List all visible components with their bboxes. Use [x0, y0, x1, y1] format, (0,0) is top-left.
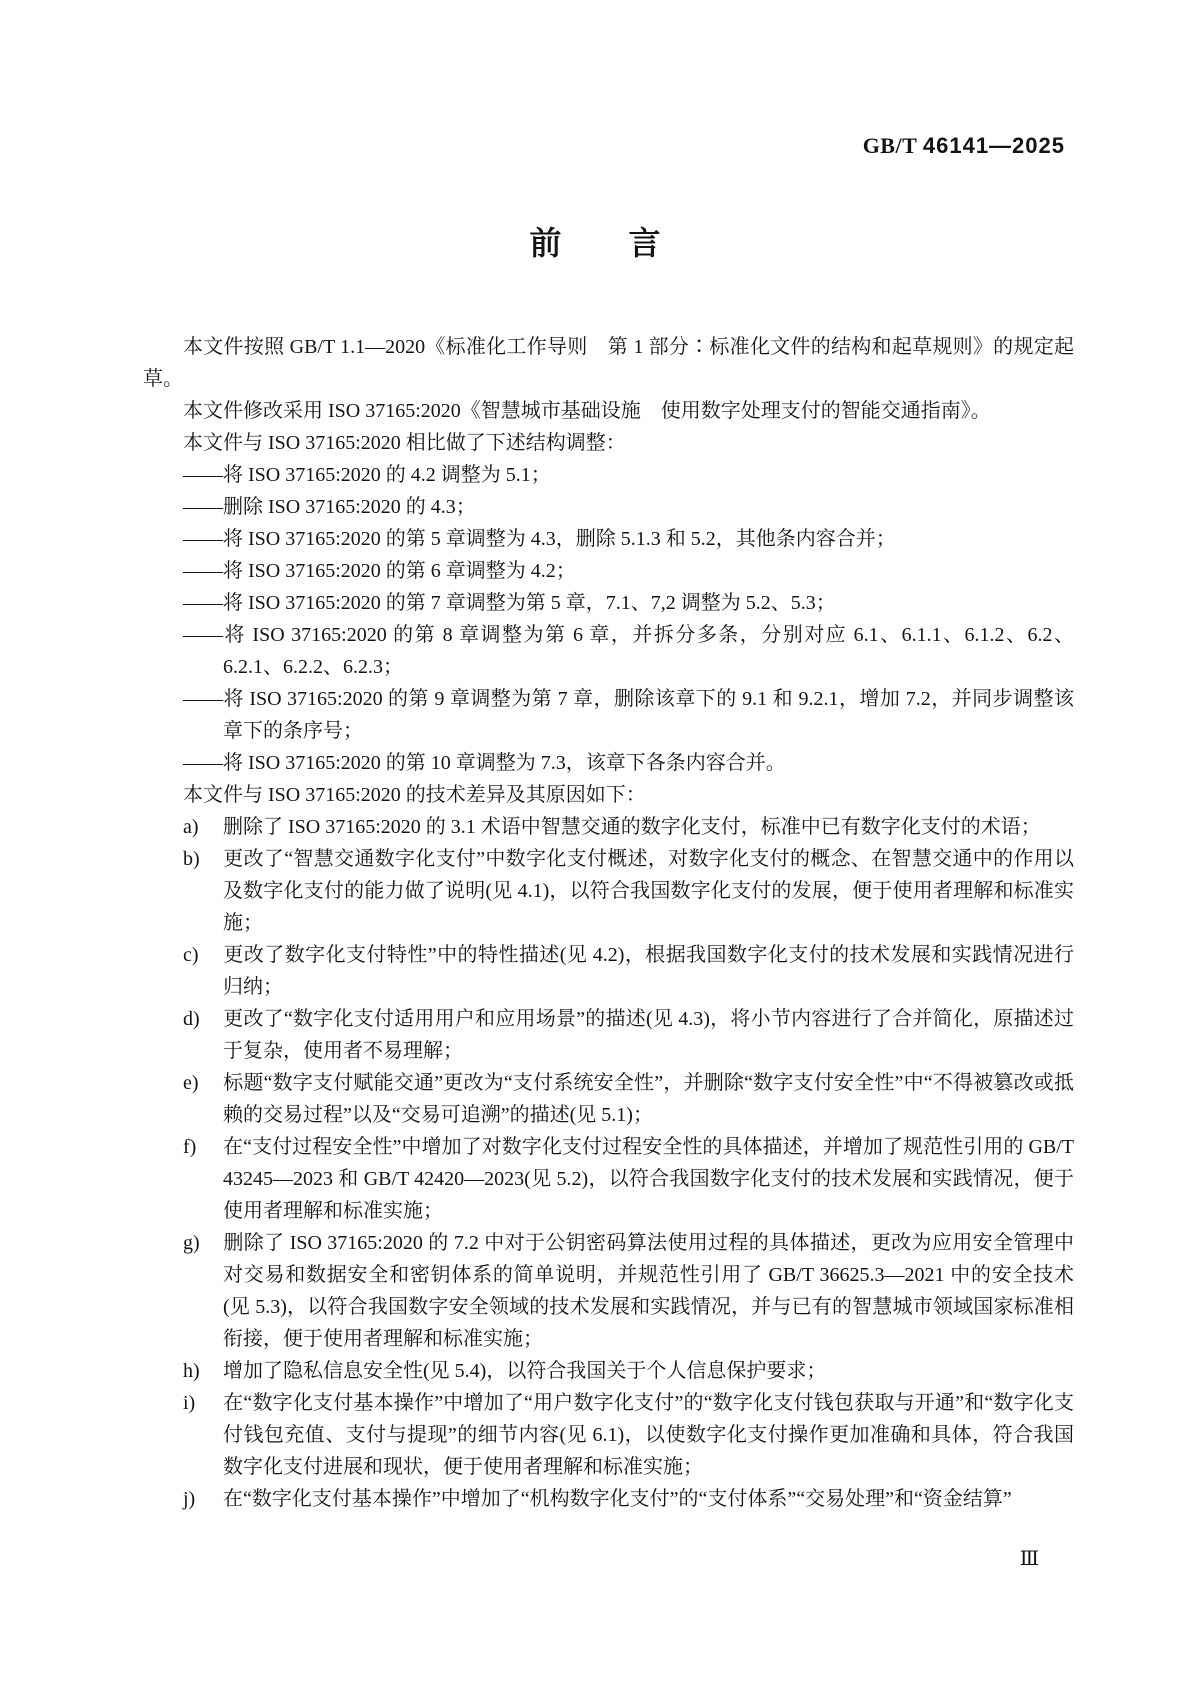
list-item: c)更改了数字化支付特性”中的特性描述(见 4.2)，根据我国数字化支付的技术发…: [143, 939, 1074, 1003]
page-title: 前 言: [0, 218, 1191, 264]
item-letter-marker: i): [183, 1387, 223, 1419]
item-dash-marker: ——: [183, 459, 223, 491]
item-text: 将 ISO 37165:2020 的 4.2 调整为 5.1；: [223, 464, 551, 486]
item-text: 本文件修改采用 ISO 37165:2020《智慧城市基础设施 使用数字处理支付…: [183, 400, 991, 422]
list-item: ——将 ISO 37165:2020 的第 8 章调整为第 6 章，并拆分多条，…: [143, 619, 1074, 683]
paragraph: 本文件修改采用 ISO 37165:2020《智慧城市基础设施 使用数字处理支付…: [143, 395, 1074, 427]
item-dash-marker: ——: [183, 683, 223, 715]
list-item: a)删除了 ISO 37165:2020 的 3.1 术语中智慧交通的数字化支付…: [143, 811, 1074, 843]
paragraph: 本文件与 ISO 37165:2020 相比做了下述结构调整：: [143, 427, 1074, 459]
item-dash-marker: ——: [183, 587, 223, 619]
item-dash-marker: ——: [183, 555, 223, 587]
list-item: i)在“数字化支付基本操作”中增加了“用户数字化支付”的“数字化支付钱包获取与开…: [143, 1387, 1074, 1483]
item-text: 增加了隐私信息安全性(见 5.4)，以符合我国关于个人信息保护要求；: [223, 1360, 826, 1382]
list-item: g)删除了 ISO 37165:2020 的 7.2 中对于公钥密码算法使用过程…: [143, 1227, 1074, 1355]
item-text: 删除了 ISO 37165:2020 的 7.2 中对于公钥密码算法使用过程的具…: [223, 1232, 1074, 1350]
doc-number-prefix: GB/T: [863, 133, 917, 158]
item-text: 更改了“数字化支付适用用户和应用场景”的描述(见 4.3)，将小节内容进行了合并…: [223, 1008, 1074, 1062]
item-dash-marker: ——: [183, 523, 223, 555]
item-text: 在“数字化支付基本操作”中增加了“用户数字化支付”的“数字化支付钱包获取与开通”…: [223, 1392, 1074, 1478]
item-letter-marker: h): [183, 1355, 223, 1387]
item-text: 将 ISO 37165:2020 的第 8 章调整为第 6 章，并拆分多条，分别…: [223, 624, 1074, 678]
item-text: 在“数字化支付基本操作”中增加了“机构数字化支付”的“支付体系”“交易处理”和“…: [223, 1488, 1012, 1510]
item-text: 标题“数字支付赋能交通”更改为“支付系统安全性”，并删除“数字支付安全性”中“不…: [223, 1072, 1074, 1126]
list-item: ——将 ISO 37165:2020 的第 10 章调整为 7.3，该章下各条内…: [143, 747, 1074, 779]
list-item: d)更改了“数字化支付适用用户和应用场景”的描述(见 4.3)，将小节内容进行了…: [143, 1003, 1074, 1067]
item-dash-marker: ——: [183, 491, 223, 523]
item-letter-marker: c): [183, 939, 223, 971]
item-text: 在“支付过程安全性”中增加了对数字化支付过程安全性的具体描述，并增加了规范性引用…: [223, 1136, 1074, 1222]
document-page: GB/T 46141—2025 前 言 本文件按照 GB/T 1.1—2020《…: [0, 0, 1191, 1685]
item-dash-marker: ——: [183, 619, 223, 651]
item-text: 将 ISO 37165:2020 的第 10 章调整为 7.3，该章下各条内容合…: [223, 752, 786, 774]
item-text: 删除 ISO 37165:2020 的 4.3；: [223, 496, 476, 518]
list-item: ——将 ISO 37165:2020 的 4.2 调整为 5.1；: [143, 459, 1074, 491]
list-item: ——将 ISO 37165:2020 的第 5 章调整为 4.3，删除 5.1.…: [143, 523, 1074, 555]
item-text: 本文件与 ISO 37165:2020 相比做了下述结构调整：: [183, 432, 626, 454]
item-text: 将 ISO 37165:2020 的第 6 章调整为 4.2；: [223, 560, 576, 582]
page-number: Ⅲ: [1020, 1546, 1039, 1571]
item-dash-marker: ——: [183, 747, 223, 779]
list-item: j)在“数字化支付基本操作”中增加了“机构数字化支付”的“支付体系”“交易处理”…: [143, 1483, 1074, 1515]
list-item: ——将 ISO 37165:2020 的第 7 章调整为第 5 章，7.1、7,…: [143, 587, 1074, 619]
item-text: 本文件与 ISO 37165:2020 的技术差异及其原因如下：: [183, 784, 646, 806]
item-text: 删除了 ISO 37165:2020 的 3.1 术语中智慧交通的数字化支付，标…: [223, 816, 1041, 838]
list-item: ——将 ISO 37165:2020 的第 9 章调整为第 7 章，删除该章下的…: [143, 683, 1074, 747]
list-item: f)在“支付过程安全性”中增加了对数字化支付过程安全性的具体描述，并增加了规范性…: [143, 1131, 1074, 1227]
doc-number: GB/T 46141—2025: [863, 133, 1065, 159]
document-body: 本文件按照 GB/T 1.1—2020《标准化工作导则 第 1 部分∶标准化文件…: [143, 331, 1074, 1515]
item-letter-marker: j): [183, 1483, 223, 1515]
list-item: e)标题“数字支付赋能交通”更改为“支付系统安全性”，并删除“数字支付安全性”中…: [143, 1067, 1074, 1131]
doc-number-digits: 46141—2025: [923, 133, 1065, 158]
list-item: b)更改了“智慧交通数字化支付”中数字化支付概述，对数字化支付的概念、在智慧交通…: [143, 843, 1074, 939]
item-letter-marker: b): [183, 843, 223, 875]
item-text: 本文件按照 GB/T 1.1—2020《标准化工作导则 第 1 部分∶标准化文件…: [143, 336, 1074, 390]
item-letter-marker: a): [183, 811, 223, 843]
item-letter-marker: d): [183, 1003, 223, 1035]
paragraph: 本文件与 ISO 37165:2020 的技术差异及其原因如下：: [143, 779, 1074, 811]
list-item: ——删除 ISO 37165:2020 的 4.3；: [143, 491, 1074, 523]
item-letter-marker: e): [183, 1067, 223, 1099]
item-text: 更改了“智慧交通数字化支付”中数字化支付概述，对数字化支付的概念、在智慧交通中的…: [223, 848, 1074, 934]
list-item: h)增加了隐私信息安全性(见 5.4)，以符合我国关于个人信息保护要求；: [143, 1355, 1074, 1387]
item-text: 将 ISO 37165:2020 的第 7 章调整为第 5 章，7.1、7,2 …: [223, 592, 836, 614]
item-text: 更改了数字化支付特性”中的特性描述(见 4.2)，根据我国数字化支付的技术发展和…: [223, 944, 1074, 998]
item-letter-marker: g): [183, 1227, 223, 1259]
item-text: 将 ISO 37165:2020 的第 9 章调整为第 7 章，删除该章下的 9…: [223, 688, 1074, 742]
item-letter-marker: f): [183, 1131, 223, 1163]
list-item: ——将 ISO 37165:2020 的第 6 章调整为 4.2；: [143, 555, 1074, 587]
item-text: 将 ISO 37165:2020 的第 5 章调整为 4.3，删除 5.1.3 …: [223, 528, 896, 550]
paragraph: 本文件按照 GB/T 1.1—2020《标准化工作导则 第 1 部分∶标准化文件…: [143, 331, 1074, 395]
